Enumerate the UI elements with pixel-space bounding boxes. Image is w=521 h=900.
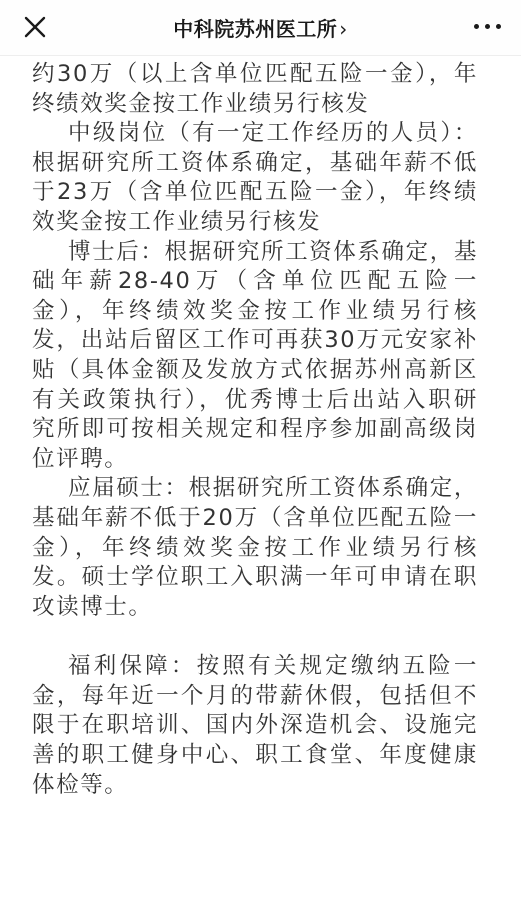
more-icon-dot xyxy=(485,24,490,29)
paragraph-spacer xyxy=(32,622,478,652)
more-icon xyxy=(474,24,479,29)
paragraph-fresh-master: 应届硕士：根据研究所工资体系确定，基础年薪不低于20万（含单位匹配五险一金），年… xyxy=(32,474,478,622)
chevron-right-icon: › xyxy=(339,17,348,41)
more-icon-dot xyxy=(496,24,501,29)
paragraph-salary-continued: 约30万（以上含单位匹配五险一金），年终绩效奖金按工作业绩另行核发 xyxy=(32,60,478,119)
paragraph-intermediate-position: 中级岗位（有一定工作经历的人员）：根据研究所工资体系确定，基础年薪不低于23万（… xyxy=(32,119,478,237)
paragraph-benefits: 福利保障：按照有关规定缴纳五险一金，每年近一个月的带薪休假，包括但不限于在职培训… xyxy=(32,652,478,800)
more-options-button[interactable] xyxy=(474,24,501,29)
account-title-link[interactable]: 中科院苏州医工所› xyxy=(0,13,521,42)
article-body: 约30万（以上含单位匹配五险一金），年终绩效奖金按工作业绩另行核发 中级岗位（有… xyxy=(32,60,478,800)
top-nav-bar: 中科院苏州医工所› xyxy=(0,0,521,56)
page-title: 中科院苏州医工所 xyxy=(173,17,337,41)
paragraph-postdoc: 博士后：根据研究所工资体系确定，基础年薪28-40万（含单位匹配五险一金），年终… xyxy=(32,238,478,475)
